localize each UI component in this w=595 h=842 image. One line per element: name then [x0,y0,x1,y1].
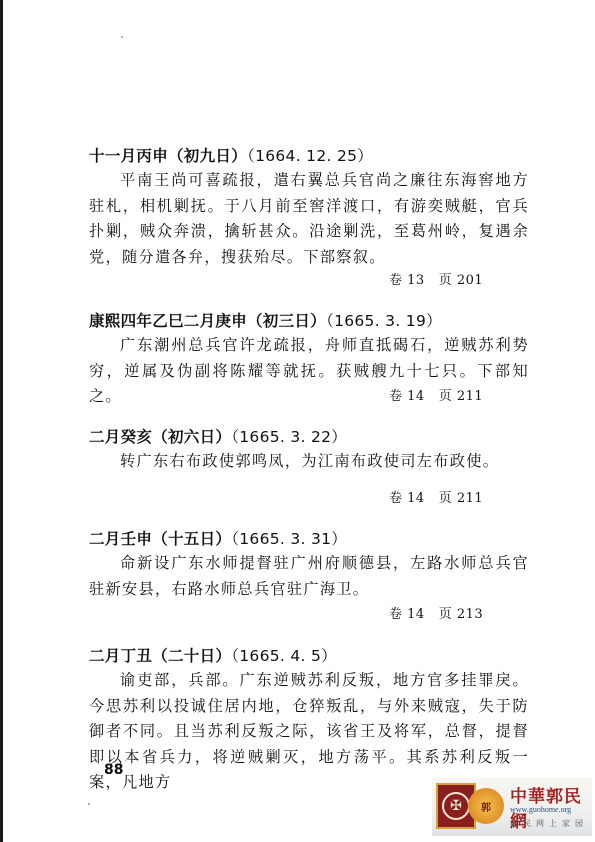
citation-2: 卷 14页 211 [389,385,483,404]
entry-heading: 二月壬申（十五日）（1665. 3. 31） [89,529,529,549]
entry-date: （1665. 3. 19） [326,312,442,330]
entry-heading: 康熙四年乙巳二月庚申（初三日）（1665. 3. 19） [89,311,529,331]
entry-date: （1665. 4. 5） [231,647,337,665]
entry-heading-text: 二月丁丑（二十日） [89,647,231,665]
watermark-logo: ✠ 郭 中華郭民網 www.guohome.org 郭民网上家园 [432,778,592,836]
entry-heading-text: 十一月丙申（初九日） [89,147,247,165]
watermark-slogan: 郭民网上家园 [510,818,588,829]
entry-heading-text: 二月壬申（十五日） [89,530,231,548]
entry-1: 十一月丙申（初九日）（1664. 12. 25） 平南王尚可喜疏报，遣右翼总兵官… [89,146,529,270]
entry-4: 二月壬申（十五日）（1665. 3. 31） 命新设广东水师提督驻广州府顺德县，… [89,529,529,602]
entry-heading-text: 康熙四年乙巳二月庚申（初三日） [89,312,326,330]
citation-volume: 卷 13 [389,273,425,288]
citation-3: 卷 14页 211 [389,487,483,506]
medal-icon: 郭 [468,788,504,824]
entry-body: 命新设广东水师提督驻广州府顺德县，左路水师总兵官驻新安县，右路水师总兵官驻广海卫… [89,551,529,602]
scan-speck [88,803,90,805]
entry-5: 二月丁丑（二十日）（1665. 4. 5） 谕吏部，兵部。广东逆贼苏利反叛，地方… [89,646,529,796]
entry-heading-text: 二月癸亥（初六日） [89,428,231,446]
entry-body: 转广东右布政使郭鸣凤，为江南布政使司左布政使。 [89,449,529,475]
citation-4: 卷 14页 213 [389,603,483,622]
citation-volume: 卷 14 [389,607,425,622]
citation-page: 页 211 [439,491,483,506]
scan-speck [121,36,123,38]
entry-3: 二月癸亥（初六日）（1665. 3. 22） 转广东右布政使郭鸣凤，为江南布政使… [89,427,529,475]
entry-date: （1665. 3. 22） [231,428,347,446]
citation-page: 页 211 [439,389,483,404]
watermark-url: www.guohome.org [510,805,571,814]
entry-date: （1665. 3. 31） [231,530,347,548]
entry-body: 谕吏部，兵部。广东逆贼苏利反叛，地方官多挂罪戾。今思苏利以投诚住居内地，仓猝叛乱… [89,668,529,796]
entry-date: （1664. 12. 25） [247,147,373,165]
entry-heading: 二月癸亥（初六日）（1665. 3. 22） [89,427,529,447]
citation-page: 页 213 [439,607,483,622]
citation-volume: 卷 14 [389,389,425,404]
entry-heading: 十一月丙申（初九日）（1664. 12. 25） [89,146,529,166]
entry-heading: 二月丁丑（二十日）（1665. 4. 5） [89,646,529,666]
page-number: 88 [104,762,123,778]
citation-page: 页 201 [439,273,483,288]
scan-edge-rule [0,0,3,842]
citation-1: 卷 13页 201 [389,269,483,288]
entry-body: 平南王尚可喜疏报，遣右翼总兵官尚之廉往东海窖地方驻札，相机剿抚。于八月前至窖洋渡… [89,168,529,270]
cross-emblem-icon: ✠ [442,792,470,820]
citation-volume: 卷 14 [389,491,425,506]
